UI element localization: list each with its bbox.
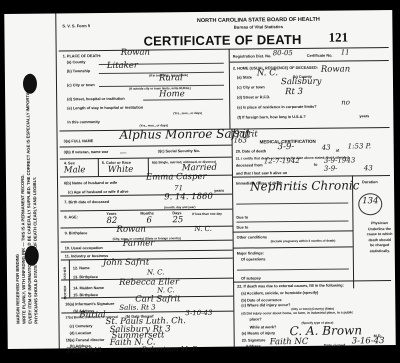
foreign-born-label: (f) If foreign born, how long in U.S.A.? [237,115,305,120]
father-birthplace-value: N. C. [147,268,165,276]
spouse-value: Emma Casper [146,172,207,183]
last-seen-value: 3-9- [324,165,338,173]
major-findings-label: Major findings: [237,251,264,255]
death-certificate-page: Margin reserved for binding Write plainl… [4,10,395,349]
date-signed-value: 3-16-43 [352,336,385,346]
age-days-value: 25 [172,215,183,225]
burial-value: Burial [79,310,105,320]
mother-birthplace-value: N. C. [157,286,175,294]
place-of-death-label: 1. PLACE OF DEATH: [63,54,102,58]
attended-from-value: 12-7-1942 [264,157,300,165]
death-township-value: Litaker [107,61,138,71]
stay-label: (e) Length of stay in hospital or instit… [67,106,143,111]
duration-label: Duration [362,180,378,184]
registration-value: 80-05 [273,49,293,57]
residence-city-label: (c) City or town [237,85,265,89]
registration-label: Registration Dist. No. [233,54,272,58]
birthplace-state-value: N. C. [194,225,212,233]
divider [60,145,232,148]
margin-instructions: Margin reserved for binding Write plainl… [13,54,56,324]
residence-city-value: Salisbury [281,77,322,87]
means-label: (e) Means of injury [242,331,276,335]
father-name-label: 12. Name [73,266,90,270]
veteran-label: 3(b) If veteran, name war [64,150,109,154]
attended-label: deceased from [236,163,263,167]
stay-note: (Yrs., mos., or days) [173,111,202,115]
death-city-label: (c) City or town [67,83,95,87]
registrar-signature: Robertson M. P. [142,345,198,354]
stamp-number: 163 [234,137,247,145]
location-label: (d) Location [70,331,92,335]
death-year-value: 43 [322,144,331,152]
occupation-label: 10. Usual occupation [65,246,103,250]
community-label: In this community [67,120,100,124]
father-section-tag: FATHER [63,261,67,279]
occurrence-label: (b) Date of occurrence [241,298,281,302]
spouse-label: 6(b) Name of husband or wife [64,181,117,186]
physician-address-value: Faith NC [270,337,309,347]
home-label: (d) Did injury occur about home, on farm… [241,310,353,315]
filed-date-value: 3-29-1943 [66,346,102,354]
spouse-age-value: 71 [174,184,183,192]
corporate-limits-value: no [341,98,350,106]
date-of-death-value: 3-9- [278,142,295,152]
work-label: While at work? [250,325,277,329]
due-to-label-2: Due to [236,225,248,229]
age-label: 8. AGE: [64,215,78,219]
age-months-value: 6 [146,216,152,226]
binding-margin: Margin reserved for binding Write plainl… [4,13,60,349]
last-seen-label: and that I last saw h alive on [236,171,287,176]
death-city-value: Rural [159,73,183,83]
occupation-value: Farmer [123,238,155,248]
bureau-name: Bureau of Vital Statistics [188,24,328,30]
residence-state-value: N. C. [257,68,278,78]
foreign-born-unit: years [359,114,369,118]
place-label: place? [249,317,261,321]
due-to-label: Due to [236,215,248,219]
divider [233,230,353,232]
residence-state-label: (a) State [237,75,252,79]
physician-address-label: Address [246,344,261,348]
certificate-form: S. V. S. Form 5 NORTH CAROLINA STATE BOA… [58,10,391,344]
immediate-cause-value: Nephritis Chronic [250,178,360,193]
father-name-value: John Safrit [103,258,150,268]
mother-name-label: 14. Maiden Name [73,286,104,290]
spouse-age-label: (c) Age of husband or wife if alive [68,190,128,195]
where-label: (c) Where did injury occur? [241,303,290,308]
last-seen-year: 43 [364,164,373,172]
birthplace-city-value: Rowan [116,225,145,235]
funeral-director-label: 18(a) Funeral director [66,338,105,342]
burial-date-value: 3-10-43 [185,309,212,317]
form-number: S. V. S. Form 5 [62,23,90,28]
accident-label: (a) Accident, suicide, or homicide (spec… [241,291,318,296]
operations-label: Of operations [241,257,266,261]
external-causes-label: 22. If death was due to external causes,… [237,283,344,288]
spouse-age-unit: years [214,189,224,193]
death-county-label: (a) County [67,60,86,64]
residence-street-label: (d) Street or R.F.D. [237,95,270,99]
cemetery-label: (c) Cemetery [70,324,93,328]
certificate-title: CERTIFICATE OF DEATH [143,32,301,49]
residence-street-value: Rt 3 [285,87,303,97]
death-county-value: Rowan [121,48,150,58]
ssn-label: 3(c) Social Security No. [158,149,200,153]
birth-date-label: 7. Birth date of deceased [64,200,109,204]
date-of-death-label: 20. Date of death [236,149,266,153]
field-rule [237,268,349,270]
cause-code-stamp: 134 [362,196,378,206]
death-street-label: (d) Street, hospital or institution [67,97,125,102]
death-street-value: Home [159,89,185,99]
race-value: White [108,165,133,175]
divider [98,158,99,176]
death-township-label: (b) Township [67,69,90,73]
time-of-death-value: 1:53 P. [348,142,372,150]
attended-to-label: to [314,163,318,167]
field-rule [236,220,348,222]
veteran-value: — [120,149,127,157]
divider [230,60,389,63]
physician-note: Physician Underline the cause to which d… [356,221,400,254]
residence-county-value: Rowan [321,64,350,74]
informant-label: 16(a) Informant's Signature [65,302,114,307]
date-signed-label: Date signed [324,343,346,347]
time-label: at [336,149,339,153]
certificate-page-number: 121 [328,29,348,45]
full-name-label: 3(a) FULL NAME [64,139,94,143]
corporate-limits-label: (e) Is place of residence in corporate l… [237,105,316,110]
physician-note-line: statistically. [357,248,400,254]
certificate-no-label: Certificate No. [307,54,333,58]
divider [231,129,234,347]
signature-label: 23. Signature [242,338,266,342]
other-conditions-note: (Include pregnancy within 3 months of de… [271,239,336,244]
certificate-no-value: 11 [341,48,350,56]
sex-value: Male [64,165,86,175]
under-one-day-label: If less than one day [192,212,222,216]
attended-to-value: 3-9-1943 [324,156,356,164]
other-conditions-label: Other conditions [237,235,267,239]
field-rule [236,202,348,204]
divider [233,246,353,248]
field-rule [143,99,223,101]
birth-date-value: 9. 14. 1860 [164,192,213,203]
industry-label: 11. Industry or business [65,254,109,258]
autopsy-label: Of autopsy [241,276,261,280]
birthplace-label: 9. Birthplace [65,231,88,235]
